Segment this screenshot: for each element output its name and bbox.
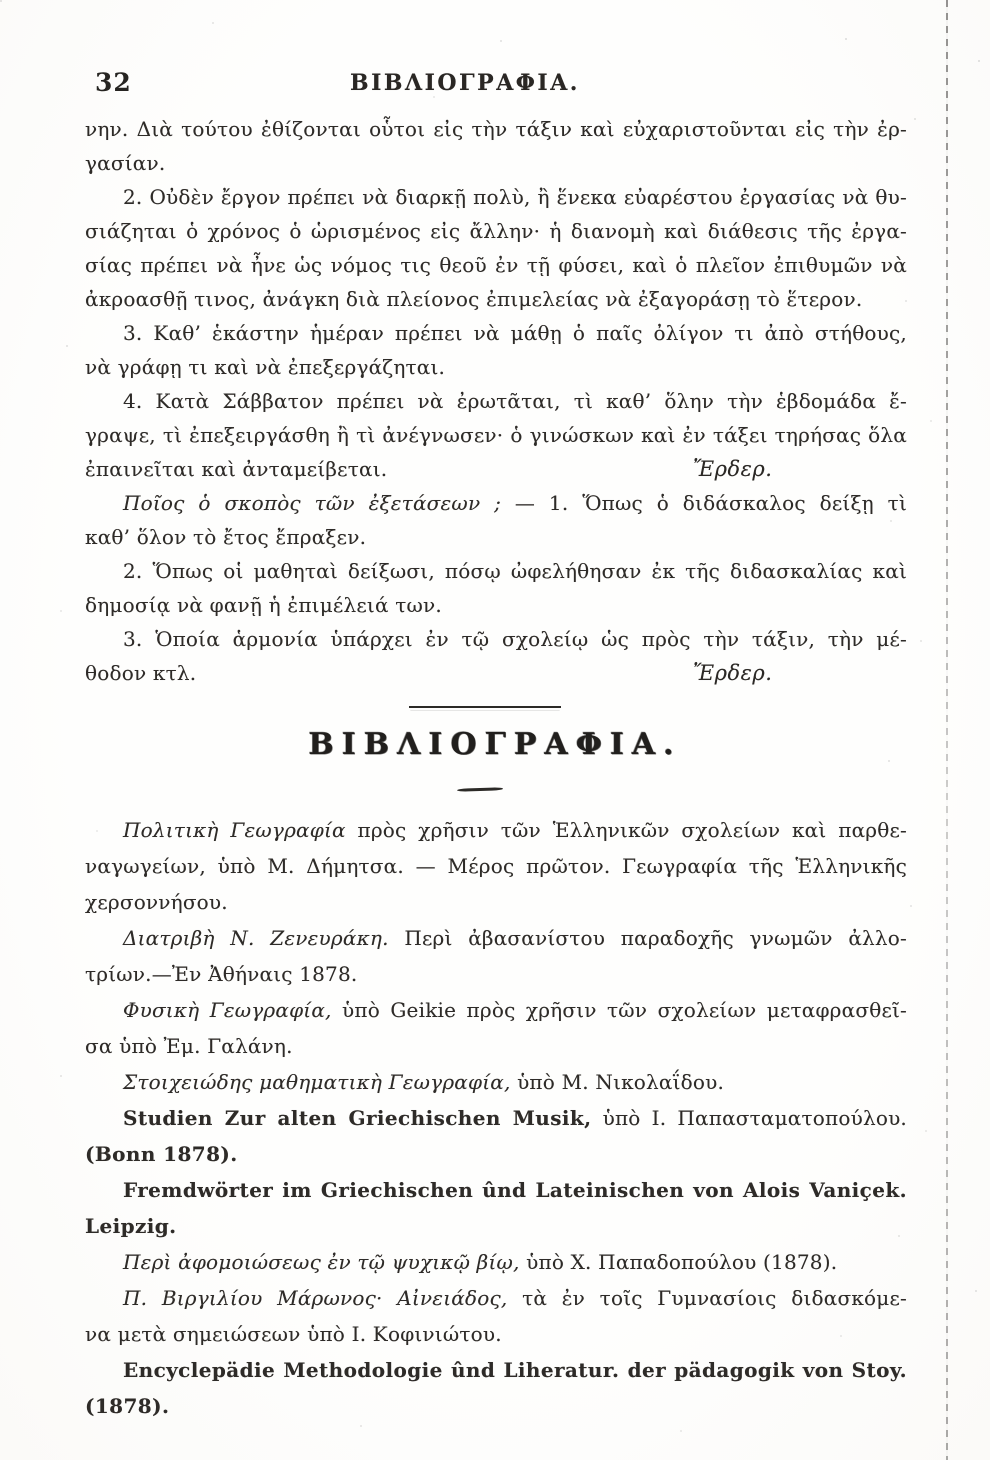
text-line: νὰ γράφῃ τι καὶ νὰ ἐπεξεργάζηται.: [85, 350, 907, 384]
text-line-content: ὑπὸ Geikie πρὸς χρῆσιν τῶν σχολείων μετα…: [332, 998, 907, 1022]
bibliography-line: Π. Βιργιλίου Μάρωνος· Αἰνειάδος, τὰ ἐν τ…: [85, 1280, 907, 1316]
italic-title: Πολιτικὴ Γεωγραφία: [123, 818, 346, 842]
bibliography-line: Πολιτικὴ Γεωγραφία πρὸς χρῆσιν τῶν Ἑλλην…: [85, 812, 907, 848]
heading-flourish: [457, 787, 503, 791]
text-line: 2. Ὅπως οἱ μαθηταὶ δείξωσι, πόσῳ ὠφελήθη…: [85, 554, 907, 588]
bibliography-line: (1878).: [85, 1388, 907, 1424]
text-line: 2. Οὐδὲν ἔργον πρέπει νὰ διαρκῇ πολὺ, ἢ …: [85, 180, 907, 214]
latin-title: Studien Zur alten Griechischen Musik,: [123, 1106, 591, 1130]
author-signature: Ἔρδερ.: [693, 656, 772, 690]
bibliography-line: Encyclepädie Methodologie ûnd Liheratur.…: [85, 1352, 907, 1388]
italic-phrase: Ποῖος ὁ σκοπὸς τῶν ἐξετάσεων ;: [123, 491, 501, 515]
text-line-content: θοδον κτλ.: [85, 661, 196, 685]
italic-title: Φυσικὴ Γεωγραφία,: [123, 998, 332, 1022]
text-line-content: ὑπὸ Μ. Νικολαΐδου.: [511, 1070, 725, 1094]
bibliography-line: χερσοννήσου.: [85, 884, 907, 920]
bibliography-line: (Bonn 1878).: [85, 1136, 907, 1172]
page-header: 32 ΒΙΒΛΙΟΓΡΑΦΙΑ.: [0, 68, 990, 104]
text-line: 3. Ὁποία ἁρμονία ὑπάρχει ἐν τῷ σχολείῳ ὡ…: [85, 622, 907, 656]
text-line-content: Περὶ ἀβασανίστου παραδοχῆς γνωμῶν ἀλλο-: [389, 926, 907, 950]
text-line: θοδον κτλ. Ἔρδερ.: [85, 656, 907, 690]
bibliography-line: ναγωγείων, ὑπὸ Μ. Δήμητσα. — Μέρος πρῶτο…: [85, 848, 907, 884]
bibliography-line: να μετὰ σημειώσεων ὑπὸ Ι. Κοφινιώτου.: [85, 1316, 907, 1352]
text-line: ἀκροασθῇ τινος, ἀνάγκη διὰ πλείονος ἐπιμ…: [85, 282, 907, 316]
bibliography-line: σα ὑπὸ Ἐμ. Γαλάνη.: [85, 1028, 907, 1064]
text-line-content: ἐπαινεῖται καὶ ἀνταμείβεται.: [85, 457, 387, 481]
italic-title: Περὶ ἀφομοιώσεως ἐν τῷ ψυχικῷ βίῳ,: [123, 1250, 520, 1274]
text-line: καθ’ ὅλον τὸ ἔτος ἔπραξεν.: [85, 520, 907, 554]
bibliography-line: Στοιχειώδης μαθηματικὴ Γεωγραφία, ὑπὸ Μ.…: [85, 1064, 907, 1100]
bibliography-line: Leipzig.: [85, 1208, 907, 1244]
italic-title: Διατριβὴ Ν. Ζενευράκη.: [123, 926, 389, 950]
italic-title: Π. Βιργιλίου Μάρωνος· Αἰνειάδος,: [123, 1286, 507, 1310]
bibliography-line: Φυσικὴ Γεωγραφία, ὑπὸ Geikie πρὸς χρῆσιν…: [85, 992, 907, 1028]
text-line: γασίαν.: [85, 146, 907, 180]
text-line: ἐπαινεῖται καὶ ἀνταμείβεται. Ἔρδερ.: [85, 452, 907, 486]
bibliography-line: Studien Zur alten Griechischen Musik, ὑπ…: [85, 1100, 907, 1136]
bibliography-line: Fremdwörter im Griechischen ûnd Lateinis…: [85, 1172, 907, 1208]
author-signature: Ἔρδερ.: [693, 452, 772, 486]
main-text-block: νην. Διὰ τούτου ἐθίζονται οὗτοι εἰς τὴν …: [85, 112, 907, 690]
bibliography-line: Περὶ ἀφομοιώσεως ἐν τῷ ψυχικῷ βίῳ, ὑπὸ Χ…: [85, 1244, 907, 1280]
section-heading: ΒΙΒΛΙΟΓΡΑΦΙΑ.: [0, 727, 990, 762]
text-line-content: ὑπὸ Ι. Παπασταματοπούλου.: [591, 1106, 907, 1130]
text-line: σιάζηται ὁ χρόνος ὁ ὡρισμένος εἰς ἄλλην·…: [85, 214, 907, 248]
text-line: γραψε, τὶ ἐπεξειργάσθη ἢ τὶ ἀνέγνωσεν· ὁ…: [85, 418, 907, 452]
text-line-content: — 1. Ὅπως ὁ διδάσκαλος δείξῃ τὶ: [501, 491, 907, 515]
paper-specks: [0, 0, 2, 2]
text-line-content: τὰ ἐν τοῖς Γυμνασίοις διδασκόμε-: [507, 1286, 907, 1310]
text-line-content: ὑπὸ Χ. Παπαδοπούλου (1878).: [520, 1250, 838, 1274]
bibliography-line: Διατριβὴ Ν. Ζενευράκη. Περὶ ἀβασανίστου …: [85, 920, 907, 956]
text-line: νην. Διὰ τούτου ἐθίζονται οὗτοι εἰς τὴν …: [85, 112, 907, 146]
text-line-content: πρὸς χρῆσιν τῶν Ἑλληνικῶν σχολείων καὶ π…: [346, 818, 907, 842]
book-page: 32 ΒΙΒΛΙΟΓΡΑΦΙΑ. νην. Διὰ τούτου ἐθίζοντ…: [0, 0, 990, 1460]
section-divider-rule: [409, 706, 561, 709]
italic-title: Στοιχειώδης μαθηματικὴ Γεωγραφία,: [123, 1070, 511, 1094]
text-line: Ποῖος ὁ σκοπὸς τῶν ἐξετάσεων ; — 1. Ὅπως…: [85, 486, 907, 520]
bibliography-line: τρίων.—Ἐν Ἀθήναις 1878.: [85, 956, 907, 992]
text-line: 4. Κατὰ Σάββατον πρέπει νὰ ἐρωτᾶται, τὶ …: [85, 384, 907, 418]
bibliography-block: Πολιτικὴ Γεωγραφία πρὸς χρῆσιν τῶν Ἑλλην…: [85, 812, 907, 1424]
text-line: σίας πρέπει νὰ ἦνε ὡς νόμος τις θεοῦ ἐν …: [85, 248, 907, 282]
running-title: ΒΙΒΛΙΟΓΡΑΦΙΑ.: [0, 70, 930, 96]
text-line: δημοσίᾳ νὰ φανῇ ἡ ἐπιμέλειά των.: [85, 588, 907, 622]
text-line: 3. Καθ’ ἑκάστην ἡμέραν πρέπει νὰ μάθῃ ὁ …: [85, 316, 907, 350]
